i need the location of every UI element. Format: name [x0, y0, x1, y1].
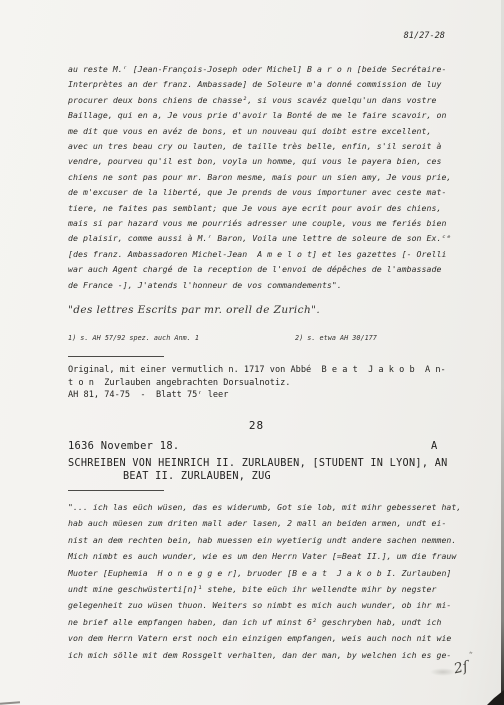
scanned-document-page: 81/27-28 au reste M.ʳ [Jean-François-Jos…	[0, 0, 504, 705]
scan-edge-bottom-left	[0, 701, 20, 704]
entry27-provenance-note: Original, mit einer vermutlich n. 1717 v…	[68, 364, 468, 402]
entry28-german-quote: "... ich las eüch wüsen, das es widerumb…	[68, 499, 463, 663]
handwritten-tick-mark: ʺ	[467, 651, 474, 661]
footnote-2: 2) s. etwa AH 30/177	[295, 334, 377, 342]
footnote-1: 1) s. AH 57/92 spez. auch Anm. 1	[68, 334, 199, 342]
handwritten-page-mark: 2ſ	[452, 659, 469, 678]
pencil-smudge	[430, 668, 456, 676]
entry28-title-line1: SCHREIBEN VON HEINRICH II. ZURLAUBEN, [S…	[68, 457, 448, 471]
entry27-french-quote: au reste M.ʳ [Jean-François-Joseph oder …	[68, 62, 458, 293]
separator-rule-2	[68, 490, 164, 491]
entry28-title-line2: BEAT II. ZURLAUBEN, ZUG	[123, 470, 271, 484]
entry28-number: 28	[68, 419, 445, 432]
entry28-date: 1636 November 18.	[68, 440, 179, 452]
entry28-version-letter: A	[431, 440, 438, 452]
entry27-handwritten-citation: "des lettres Escrits par mr. orell de Zu…	[68, 304, 320, 316]
archive-reference: 81/27-28	[68, 31, 445, 41]
separator-rule-1	[68, 356, 164, 357]
scan-corner-shadow	[487, 690, 504, 705]
